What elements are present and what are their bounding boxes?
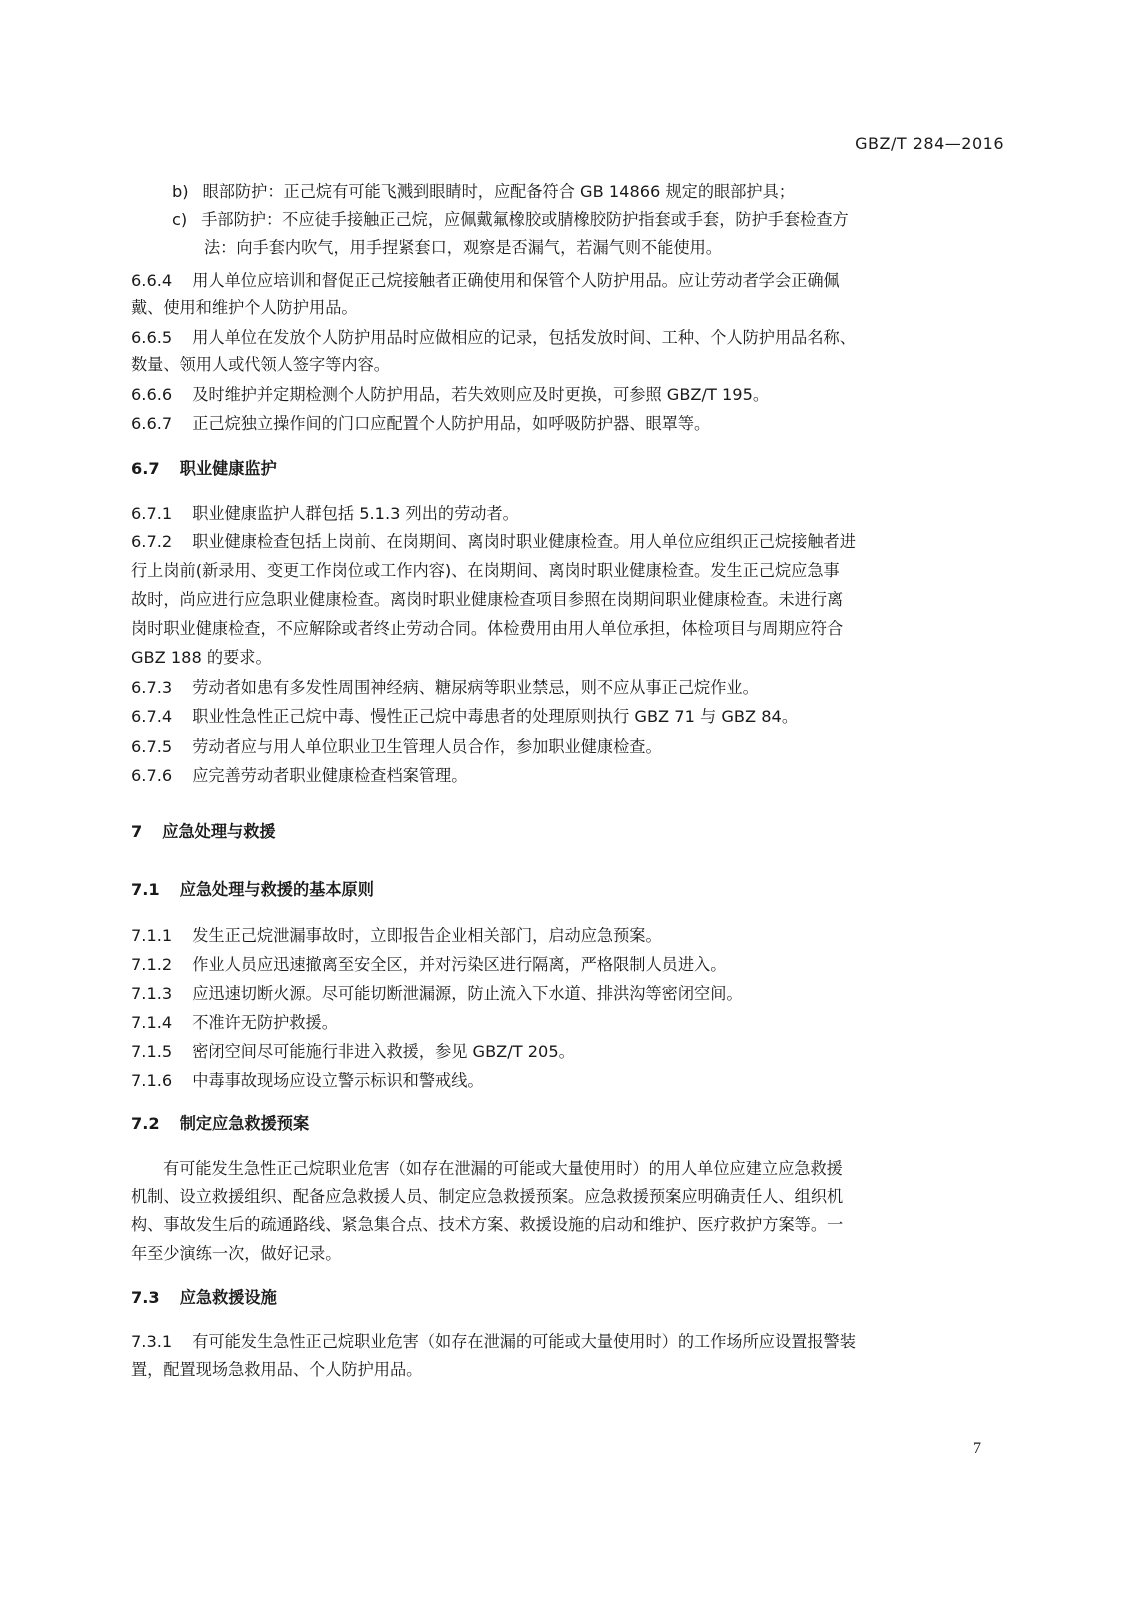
clause-text: 法：向手套内吹气，用手捏紧套口，观察是否漏气，若漏气则不能使用。 [204, 238, 722, 257]
clause-text: 应迅速切断火源。尽可能切断泄漏源，防止流入下水道、排洪沟等密闭空间。 [192, 984, 742, 1003]
clause-text: 正己烷独立操作间的门口应配置个人防护用品，如呼吸防护器、眼罩等。 [192, 414, 710, 433]
text-line: 6.7.4职业性急性正己烷中毒、慢性正己烷中毒患者的处理原则执行 GBZ 71 … [131, 703, 1003, 730]
clause-number: 7.1.5 [131, 1038, 172, 1065]
text-line: 置，配置现场急救用品、个人防护用品。 [131, 1356, 1003, 1383]
text-line: 法：向手套内吹气，用手捏紧套口，观察是否漏气，若漏气则不能使用。 [204, 234, 1076, 261]
clause-text: 应完善劳动者职业健康检查档案管理。 [192, 766, 467, 785]
clause-text: 行上岗前(新录用、变更工作岗位或工作内容)、在岗期间、离岗时职业健康检查。发生正… [131, 561, 840, 580]
clause-text: 机制、设立救援组织、配备应急救援人员、制定应急救援预案。应急救援预案应明确责任人… [131, 1187, 843, 1206]
text-line: 构、事故发生后的疏通路线、紧急集合点、技术方案、救援设施的启动和维护、医疗救护方… [131, 1211, 1003, 1238]
clause-text: 中毒事故现场应设立警示标识和警戒线。 [192, 1071, 483, 1090]
clause-number: 7.1.3 [131, 980, 172, 1007]
clause-number: 7.1.6 [131, 1067, 172, 1094]
clause-text: 戴、使用和维护个人防护用品。 [131, 298, 358, 317]
section-heading: 7.2制定应急救援预案 [131, 1110, 1003, 1137]
clause-number: 7.1.4 [131, 1009, 172, 1036]
text-line: 6.6.6及时维护并定期检测个人防护用品，若失效则应及时更换，可参照 GBZ/T… [131, 381, 1003, 408]
clause-text: 眼部防护：正己烷有可能飞溅到眼睛时，应配备符合 GB 14866 规定的眼部护具… [203, 182, 795, 201]
text-line: 行上岗前(新录用、变更工作岗位或工作内容)、在岗期间、离岗时职业健康检查。发生正… [131, 557, 1003, 584]
page-number: 7 [973, 1440, 981, 1458]
section-heading: 7应急处理与救援 [131, 818, 1003, 845]
clause-text: 职业健康监护人群包括 5.1.3 列出的劳动者。 [192, 504, 519, 523]
text-line: c)手部防护：不应徒手接触正己烷，应佩戴氟橡胶或腈橡胶防护指套或手套，防护手套检… [172, 206, 1002, 233]
clause-number: 6.7.5 [131, 733, 172, 760]
clause-text: 手部防护：不应徒手接触正己烷，应佩戴氟橡胶或腈橡胶防护指套或手套，防护手套检查方 [201, 210, 849, 229]
clause-number: 7.1.1 [131, 922, 172, 949]
text-line: 6.7.2职业健康检查包括上岗前、在岗期间、离岗时职业健康检查。用人单位应组织正… [131, 528, 1003, 555]
clause-number: 6.6.7 [131, 410, 172, 437]
text-line: 6.6.5用人单位在发放个人防护用品时应做相应的记录，包括发放时间、工种、个人防… [131, 324, 1003, 351]
clause-number: b) [172, 178, 189, 205]
clause-text: 职业健康监护 [180, 459, 277, 478]
clause-number: 7.1.2 [131, 951, 172, 978]
text-line: 戴、使用和维护个人防护用品。 [131, 294, 1003, 321]
clause-text: 密闭空间尽可能施行非进入救援，参见 GBZ/T 205。 [192, 1042, 575, 1061]
text-line: 7.3.1有可能发生急性正己烷职业危害（如存在泄漏的可能或大量使用时）的工作场所… [131, 1328, 1003, 1355]
clause-text: 故时，尚应进行应急职业健康检查。离岗时职业健康检查项目参照在岗期间职业健康检查。… [131, 590, 843, 609]
clause-text: 年至少演练一次，做好记录。 [131, 1244, 341, 1263]
section-heading: 6.7职业健康监护 [131, 455, 1003, 482]
clause-number: 6.7 [131, 455, 160, 482]
clause-text: 制定应急救援预案 [180, 1114, 310, 1133]
text-line: 6.7.3劳动者如患有多发性周围神经病、糖尿病等职业禁忌，则不应从事正己烷作业。 [131, 674, 1003, 701]
clause-text: 作业人员应迅速撤离至安全区，并对污染区进行隔离，严格限制人员进入。 [192, 955, 726, 974]
text-line: 故时，尚应进行应急职业健康检查。离岗时职业健康检查项目参照在岗期间职业健康检查。… [131, 586, 1003, 613]
clause-number: 6.6.6 [131, 381, 172, 408]
clause-text: 有可能发生急性正己烷职业危害（如存在泄漏的可能或大量使用时）的工作场所应设置报警… [192, 1332, 856, 1351]
clause-text: 发生正己烷泄漏事故时，立即报告企业相关部门，启动应急预案。 [192, 926, 661, 945]
clause-number: 6.7.6 [131, 762, 172, 789]
text-line: 7.1.1发生正己烷泄漏事故时，立即报告企业相关部门，启动应急预案。 [131, 922, 1003, 949]
text-line: 7.1.6中毒事故现场应设立警示标识和警戒线。 [131, 1067, 1003, 1094]
clause-text: 不准许无防护救援。 [192, 1013, 338, 1032]
clause-text: 用人单位在发放个人防护用品时应做相应的记录，包括发放时间、工种、个人防护用品名称… [192, 328, 856, 347]
section-heading: 7.1应急处理与救援的基本原则 [131, 876, 1003, 903]
text-line: 岗时职业健康检查，不应解除或者终止劳动合同。体检费用由用人单位承担，体检项目与周… [131, 615, 1003, 642]
clause-text: 置，配置现场急救用品、个人防护用品。 [131, 1360, 422, 1379]
clause-text: 职业性急性正己烷中毒、慢性正己烷中毒患者的处理原则执行 GBZ 71 与 GBZ… [192, 707, 798, 726]
clause-number: 6.7.1 [131, 500, 172, 527]
clause-text: 及时维护并定期检测个人防护用品，若失效则应及时更换，可参照 GBZ/T 195。 [192, 385, 769, 404]
clause-number: 6.6.4 [131, 267, 172, 294]
text-line: 6.7.5劳动者应与用人单位职业卫生管理人员合作，参加职业健康检查。 [131, 733, 1003, 760]
clause-text: 职业健康检查包括上岗前、在岗期间、离岗时职业健康检查。用人单位应组织正己烷接触者… [192, 532, 856, 551]
clause-text: 有可能发生急性正己烷职业危害（如存在泄漏的可能或大量使用时）的用人单位应建立应急… [163, 1159, 843, 1178]
clause-number: 7.2 [131, 1110, 160, 1137]
text-line: 7.1.4不准许无防护救援。 [131, 1009, 1003, 1036]
clause-text: 数量、领用人或代领人签字等内容。 [131, 355, 390, 374]
text-line: 6.7.1职业健康监护人群包括 5.1.3 列出的劳动者。 [131, 500, 1003, 527]
text-line: GBZ 188 的要求。 [131, 644, 1003, 671]
clause-text: 应急处理与救援的基本原则 [180, 880, 374, 899]
section-heading: 7.3应急救援设施 [131, 1284, 1003, 1311]
clause-number: 7.3 [131, 1284, 160, 1311]
text-line: b)眼部防护：正己烷有可能飞溅到眼睛时，应配备符合 GB 14866 规定的眼部… [172, 178, 1002, 205]
clause-text: 应急救援设施 [180, 1288, 277, 1307]
text-line: 年至少演练一次，做好记录。 [131, 1240, 1003, 1267]
clause-number: 6.6.5 [131, 324, 172, 351]
clause-text: 构、事故发生后的疏通路线、紧急集合点、技术方案、救援设施的启动和维护、医疗救护方… [131, 1215, 843, 1234]
clause-text: 劳动者应与用人单位职业卫生管理人员合作，参加职业健康检查。 [192, 737, 661, 756]
clause-number: 6.7.4 [131, 703, 172, 730]
standard-code-header: GBZ/T 284—2016 [855, 134, 1004, 153]
text-line: 6.6.7正己烷独立操作间的门口应配置个人防护用品，如呼吸防护器、眼罩等。 [131, 410, 1003, 437]
text-line: 7.1.2作业人员应迅速撤离至安全区，并对污染区进行隔离，严格限制人员进入。 [131, 951, 1003, 978]
clause-text: 岗时职业健康检查，不应解除或者终止劳动合同。体检费用由用人单位承担，体检项目与周… [131, 619, 843, 638]
clause-number: 6.7.3 [131, 674, 172, 701]
text-line: 机制、设立救援组织、配备应急救援人员、制定应急救援预案。应急救援预案应明确责任人… [131, 1183, 1003, 1210]
document-page: GBZ/T 284—2016 b)眼部防护：正己烷有可能飞溅到眼睛时，应配备符合… [0, 0, 1132, 1600]
clause-number: 7.1 [131, 876, 160, 903]
clause-number: 7 [131, 818, 142, 845]
clause-text: GBZ 188 的要求。 [131, 648, 272, 667]
clause-text: 应急处理与救援 [162, 822, 275, 841]
text-line: 7.1.3应迅速切断火源。尽可能切断泄漏源，防止流入下水道、排洪沟等密闭空间。 [131, 980, 1003, 1007]
text-line: 7.1.5密闭空间尽可能施行非进入救援，参见 GBZ/T 205。 [131, 1038, 1003, 1065]
text-line: 数量、领用人或代领人签字等内容。 [131, 351, 1003, 378]
text-line: 6.6.4用人单位应培训和督促正己烷接触者正确使用和保管个人防护用品。应让劳动者… [131, 267, 1003, 294]
clause-text: 用人单位应培训和督促正己烷接触者正确使用和保管个人防护用品。应让劳动者学会正确佩 [192, 271, 840, 290]
clause-number: 6.7.2 [131, 528, 172, 555]
clause-number: c) [172, 206, 187, 233]
text-line: 6.7.6应完善劳动者职业健康检查档案管理。 [131, 762, 1003, 789]
clause-text: 劳动者如患有多发性周围神经病、糖尿病等职业禁忌，则不应从事正己烷作业。 [192, 678, 759, 697]
clause-number: 7.3.1 [131, 1328, 172, 1355]
text-line: 有可能发生急性正己烷职业危害（如存在泄漏的可能或大量使用时）的用人单位应建立应急… [131, 1155, 1035, 1182]
